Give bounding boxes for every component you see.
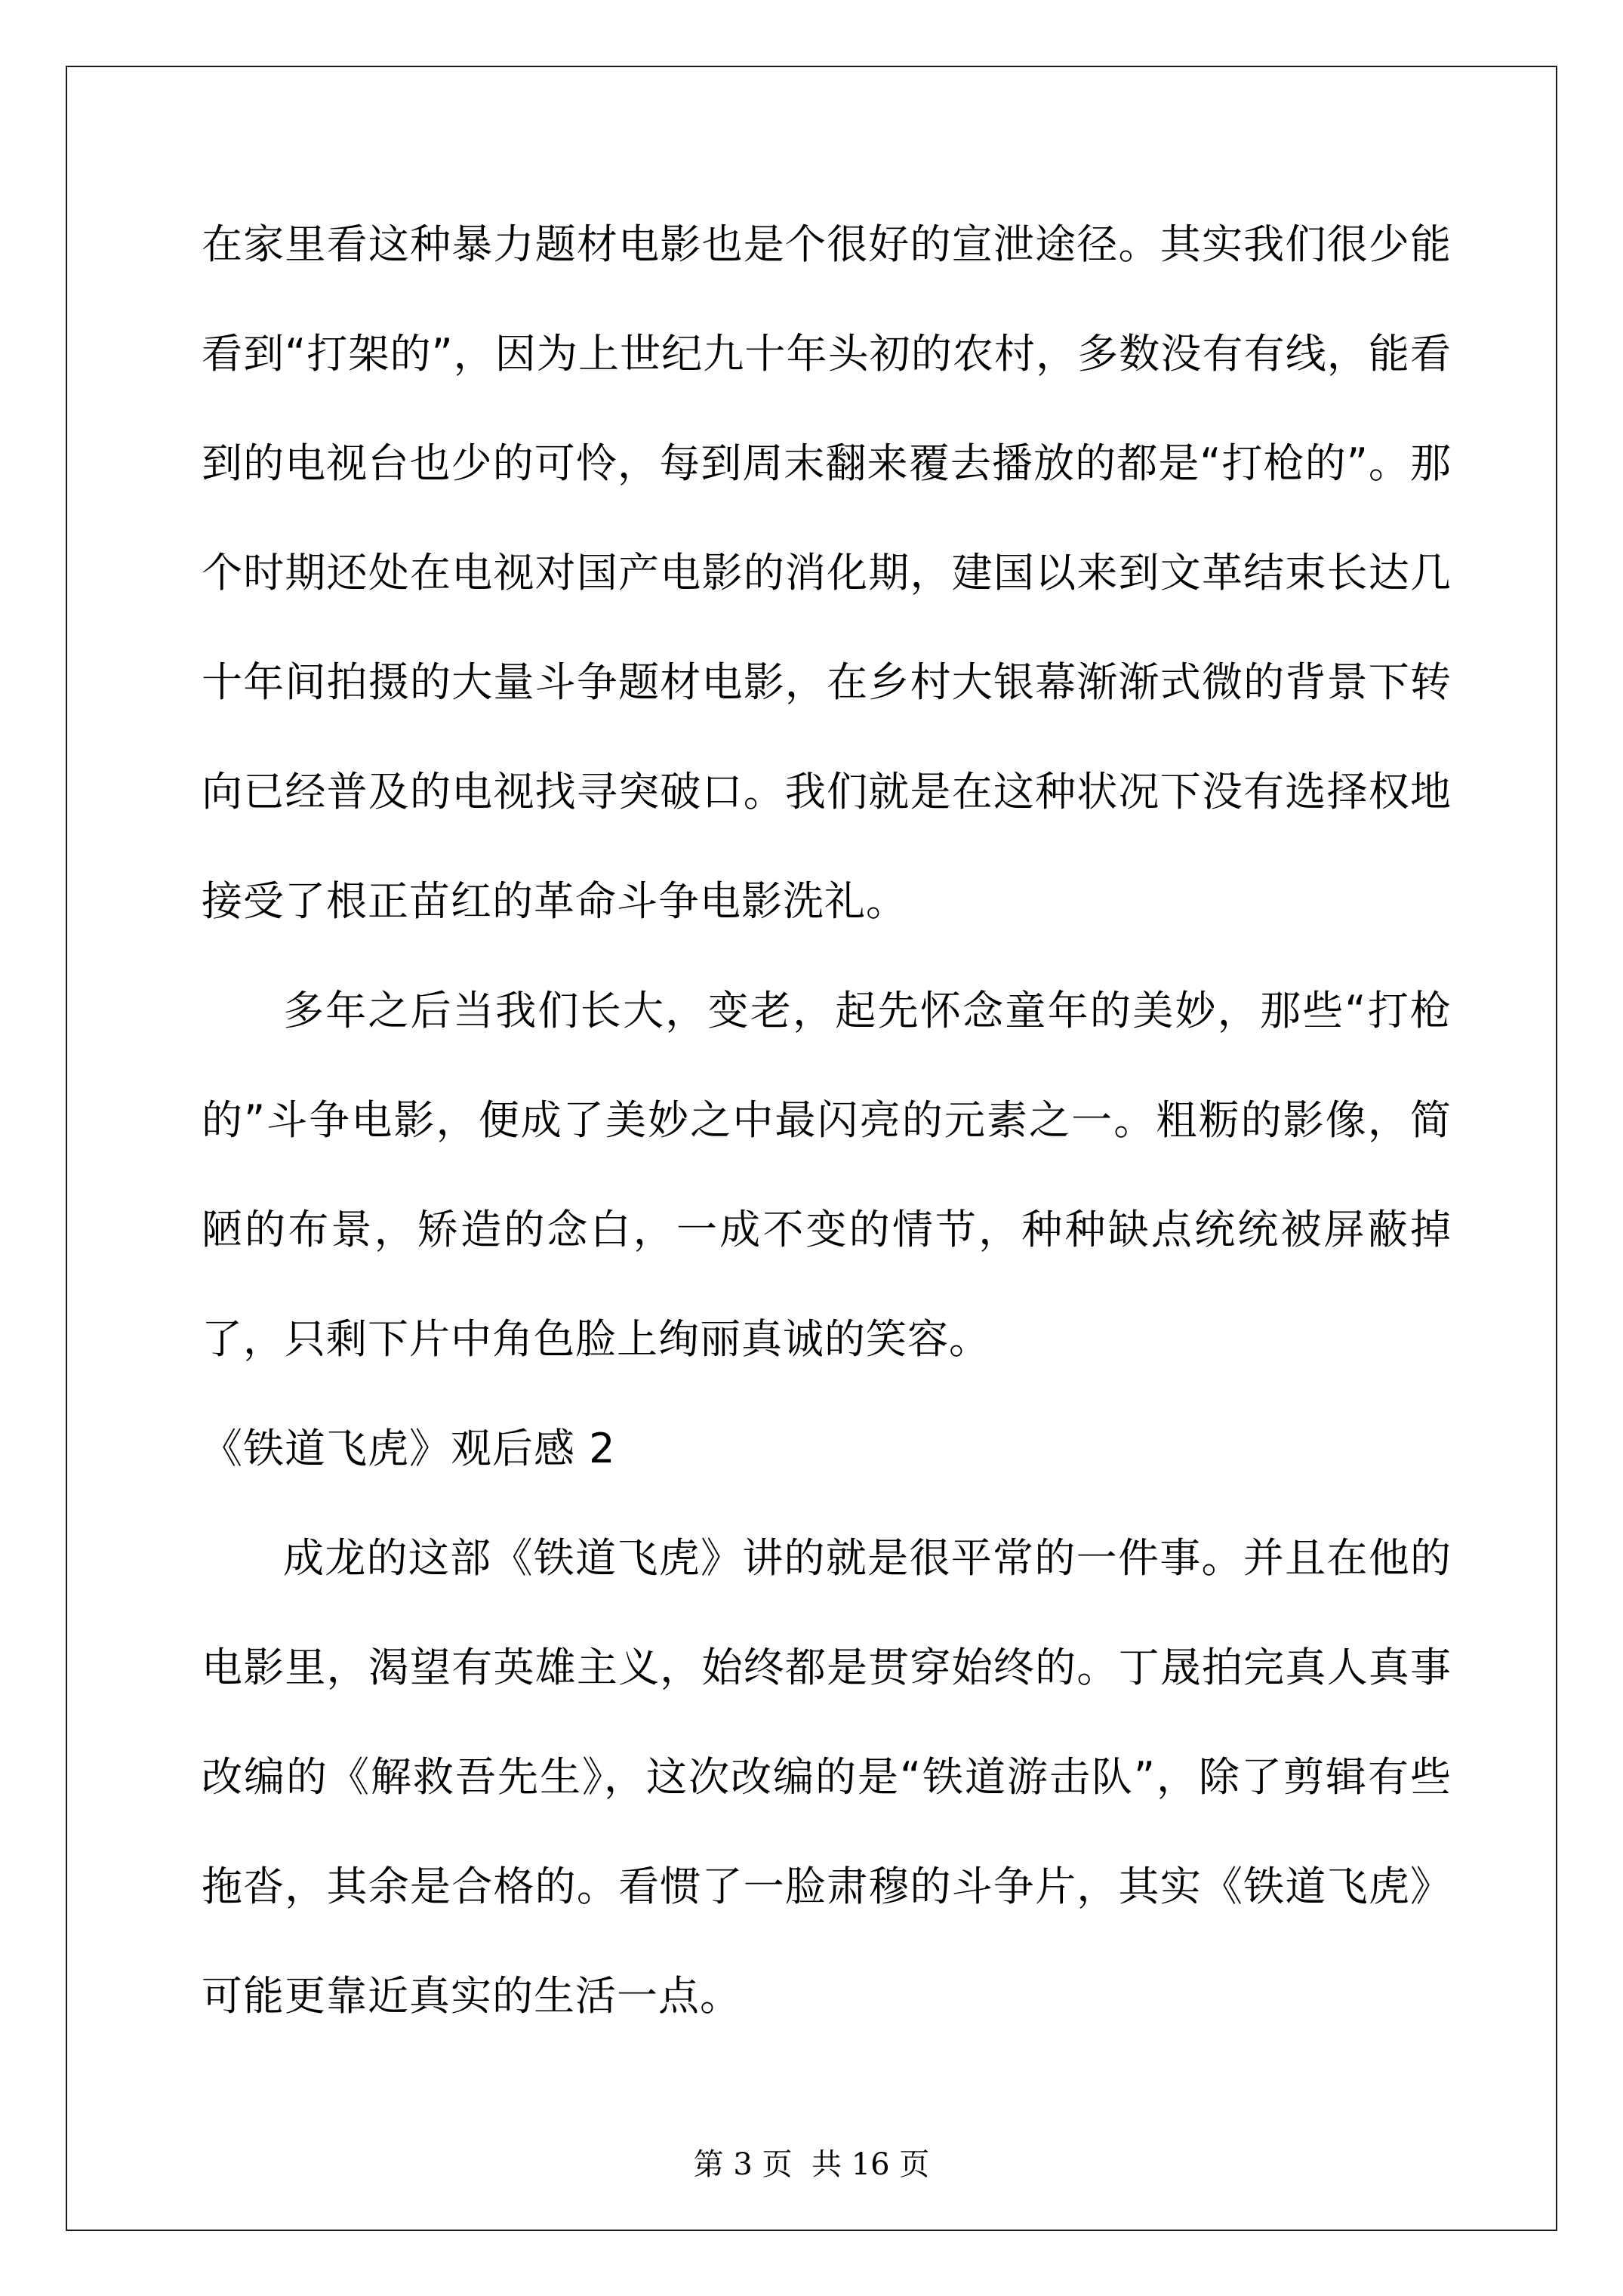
page-number-footer: 第 3 页 共 16 页	[67, 2147, 1556, 2183]
document-body: 在家里看这种暴力题材电影也是个很好的宣泄途径。其实我们很少能看到“打架的”，因为…	[202, 190, 1452, 2051]
paragraph: 多年之后当我们长大，变老，起先怀念童年的美妙，那些“打枪的”斗争电影，便成了美妙…	[202, 956, 1452, 1394]
section-heading: 《铁道飞虎》观后感 2	[202, 1394, 1452, 1503]
paragraph-continuation: 在家里看这种暴力题材电影也是个很好的宣泄途径。其实我们很少能看到“打架的”，因为…	[202, 190, 1452, 956]
page-border-frame: 在家里看这种暴力题材电影也是个很好的宣泄途径。其实我们很少能看到“打架的”，因为…	[66, 66, 1557, 2231]
paragraph: 成龙的这部《铁道飞虎》讲的就是很平常的一件事。并且在他的电影里，渴望有英雄主义，…	[202, 1503, 1452, 2051]
